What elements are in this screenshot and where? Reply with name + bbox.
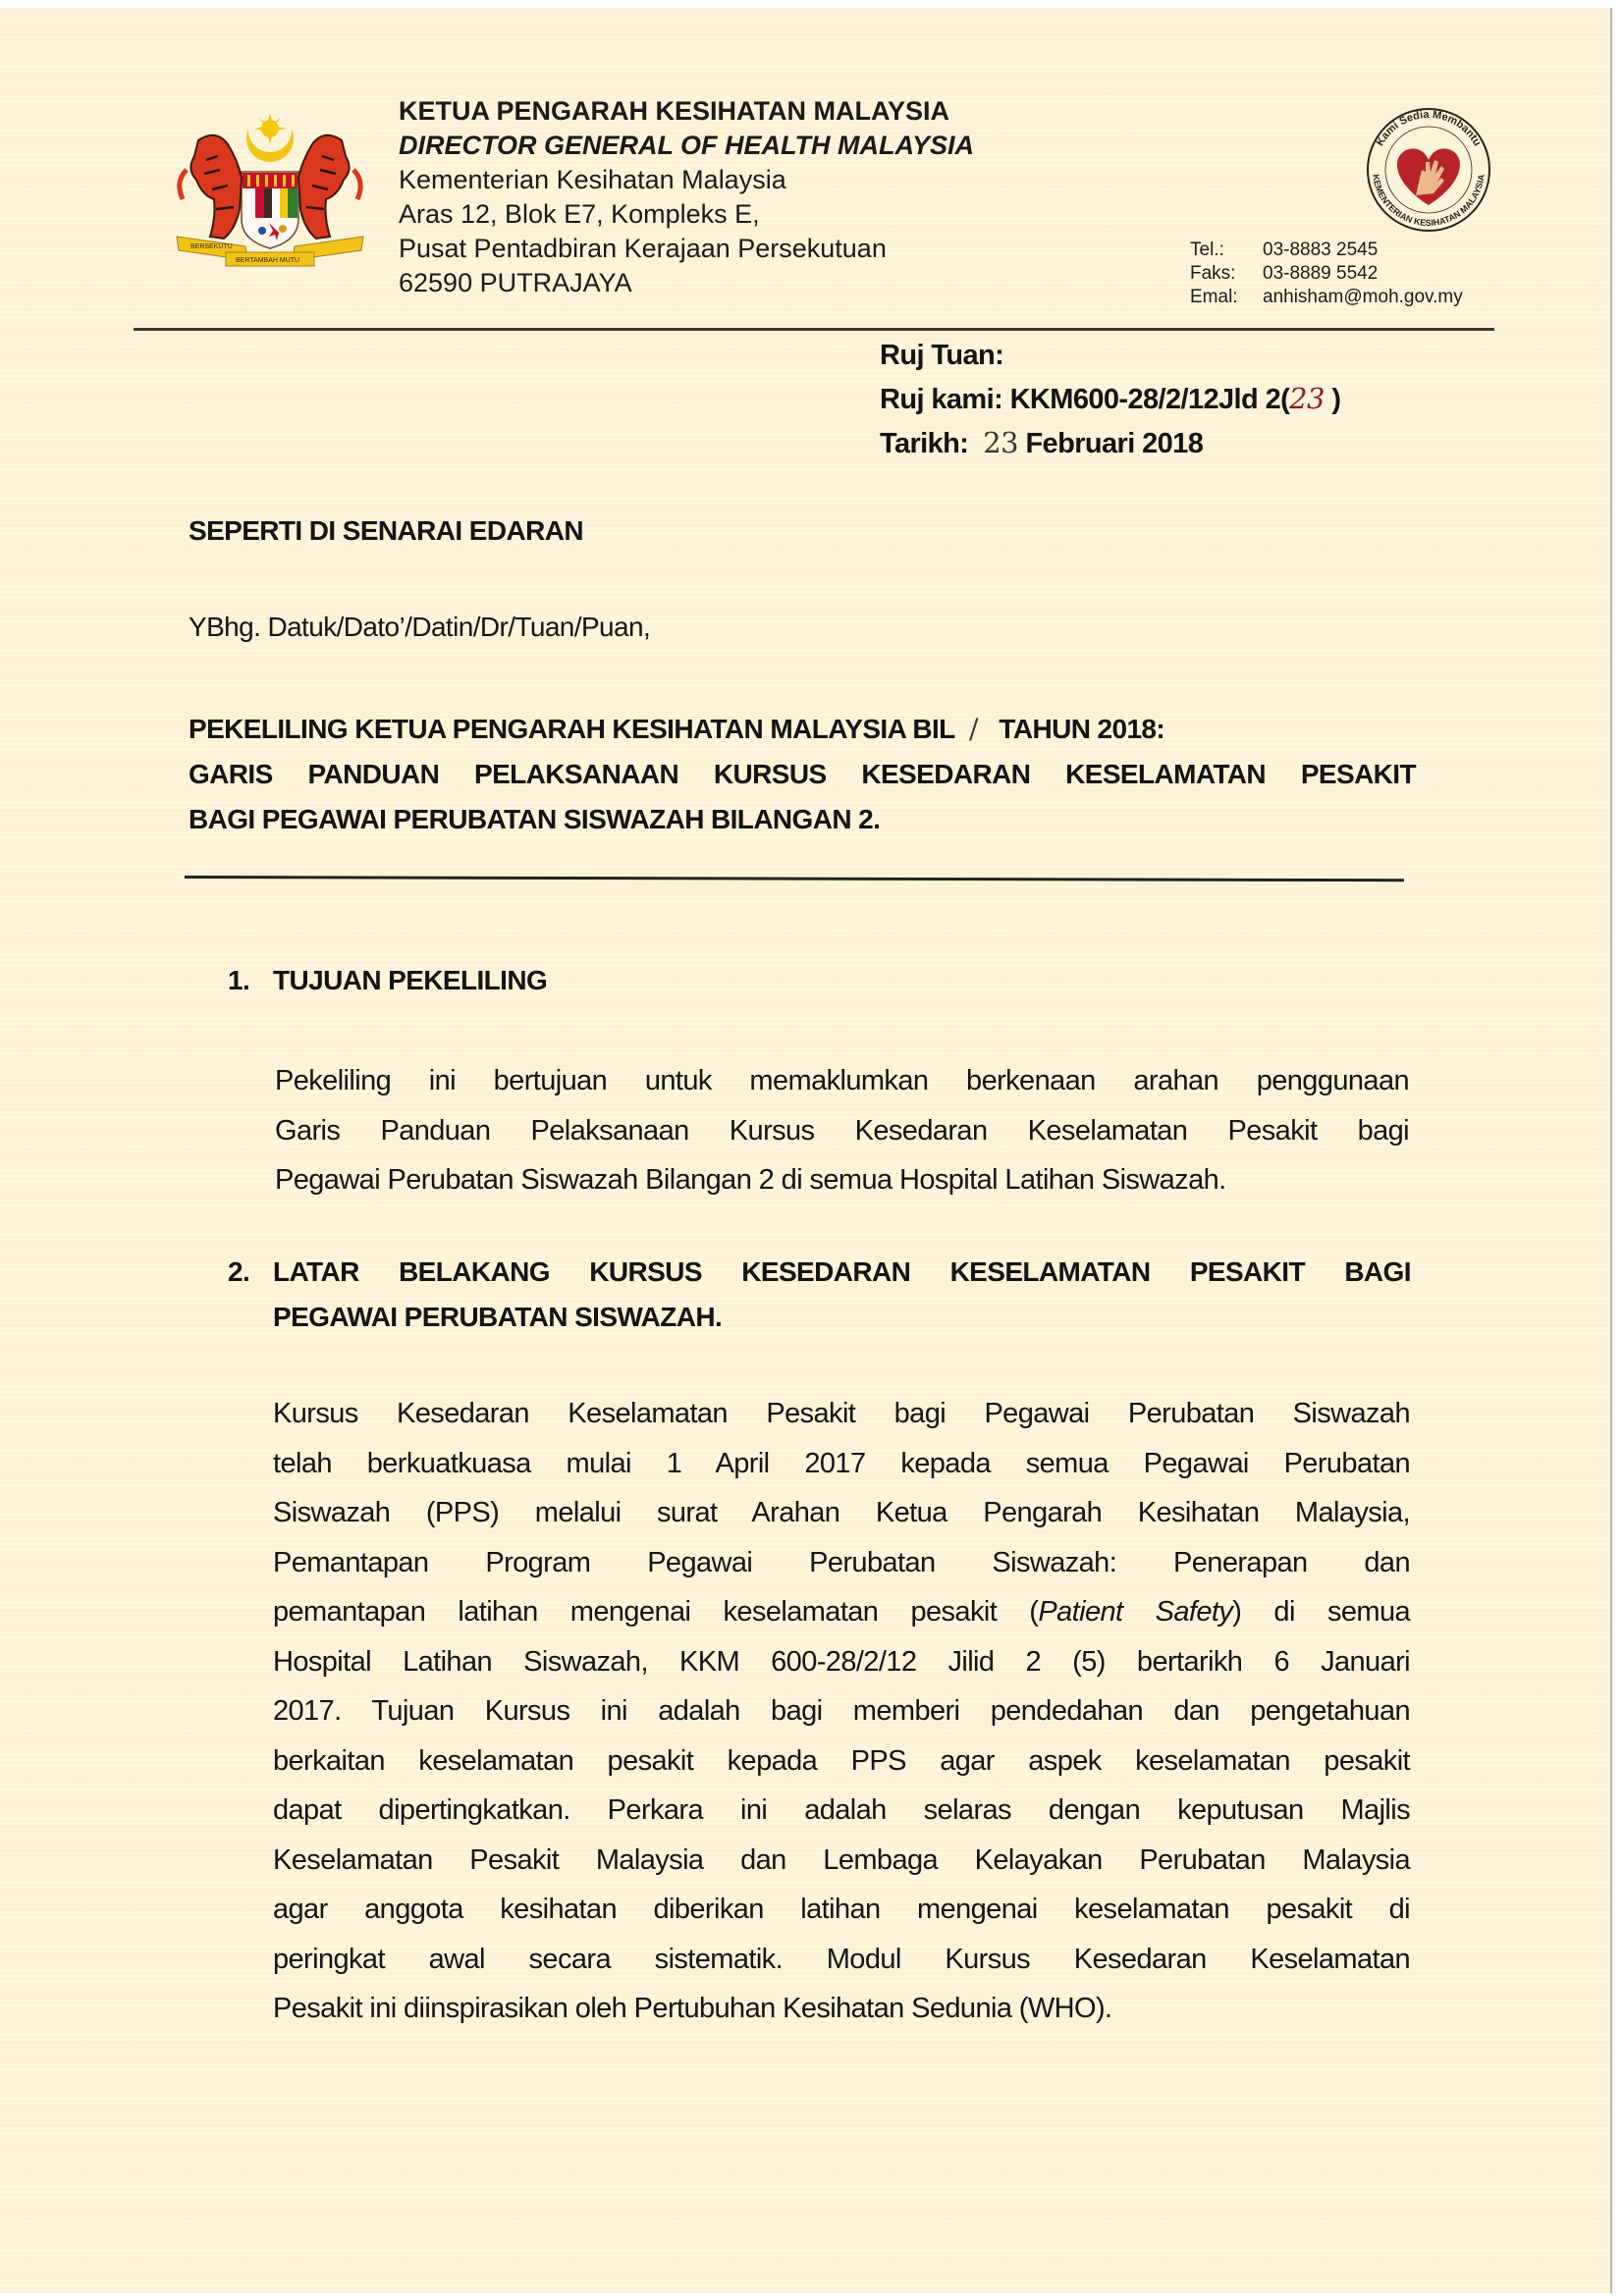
ruj-tuan: Ruj Tuan: bbox=[880, 334, 1340, 377]
handwritten-reference-number: 23 bbox=[1289, 382, 1325, 415]
contact-phone: Tel.: 03-8883 2545 bbox=[1190, 239, 1463, 262]
handwritten-number: / bbox=[969, 713, 978, 745]
contact-block: Tel.: 03-8883 2545 Faks: 03-8889 5542 Em… bbox=[1190, 239, 1463, 309]
document-page: BERSEKUTU BERTAMBAH MUTU KETUA PENGARAH … bbox=[0, 8, 1612, 2293]
svg-text:BERSEKUTU: BERSEKUTU bbox=[190, 243, 233, 250]
reference-block: Ruj Tuan: Ruj kami: KKM600-28/2/12Jld 2(… bbox=[880, 334, 1340, 465]
circular-title: PEKELILING KETUA PENGARAH KESIHATAN MALA… bbox=[189, 707, 1416, 842]
title-line-3: BAGI PEGAWAI PERUBATAN SISWAZAH BILANGAN… bbox=[189, 797, 1416, 842]
section-1-paragraph: Pekeliling ini bertujuan untuk memaklumk… bbox=[275, 1056, 1409, 1205]
section-2-heading: 2.LATAR BELAKANG KURSUS KESEDARAN KESELA… bbox=[228, 1250, 1411, 1340]
letterhead-address: KETUA PENGARAH KESIHATAN MALAYSIA DIRECT… bbox=[399, 94, 974, 300]
address-line-2: Pusat Pentadbiran Kerajaan Persekutuan bbox=[399, 232, 974, 266]
svg-text:BERTAMBAH MUTU: BERTAMBAH MUTU bbox=[236, 257, 299, 264]
malaysia-coat-of-arms-icon: BERSEKUTU BERTAMBAH MUTU bbox=[157, 101, 383, 268]
contact-email[interactable]: Emal: anhisham@moh.gov.my bbox=[1190, 286, 1463, 309]
letterhead-divider bbox=[134, 328, 1494, 331]
contact-fax: Faks: 03-8889 5542 bbox=[1190, 262, 1463, 286]
office-title-english: DIRECTOR GENERAL OF HEALTH MALAYSIA bbox=[399, 129, 974, 163]
heart-hand-seal-icon: Kami Sedia Membantu KEMENTERIAN KESIHATA… bbox=[1355, 101, 1502, 239]
address-line-3: 62590 PUTRAJAYA bbox=[399, 266, 974, 300]
ministry-name: Kementerian Kesihatan Malaysia bbox=[399, 163, 974, 197]
handwritten-date-day: 23 bbox=[983, 426, 1018, 459]
salutation: YBhg. Datuk/Dato’/Datin/Dr/Tuan/Puan, bbox=[189, 612, 650, 643]
title-line-1: PEKELILING KETUA PENGARAH KESIHATAN MALA… bbox=[189, 707, 1416, 752]
section-1-heading: 1.TUJUAN PEKELILING bbox=[228, 958, 547, 1003]
recipient-line: SEPERTI DI SENARAI EDARAN bbox=[189, 515, 583, 547]
ruj-kami: Ruj kami: KKM600-28/2/12Jld 2(23 ) bbox=[880, 377, 1340, 421]
office-title: KETUA PENGARAH KESIHATAN MALAYSIA bbox=[399, 94, 974, 129]
title-underline bbox=[185, 876, 1404, 881]
tarikh: Tarikh: 23 Februari 2018 bbox=[880, 421, 1340, 465]
section-2-paragraph: Kursus Kesedaran Keselamatan Pesakit bag… bbox=[273, 1389, 1410, 2034]
title-line-2: GARIS PANDUAN PELAKSANAAN KURSUS KESEDAR… bbox=[189, 752, 1416, 797]
address-line-1: Aras 12, Blok E7, Kompleks E, bbox=[399, 197, 974, 232]
